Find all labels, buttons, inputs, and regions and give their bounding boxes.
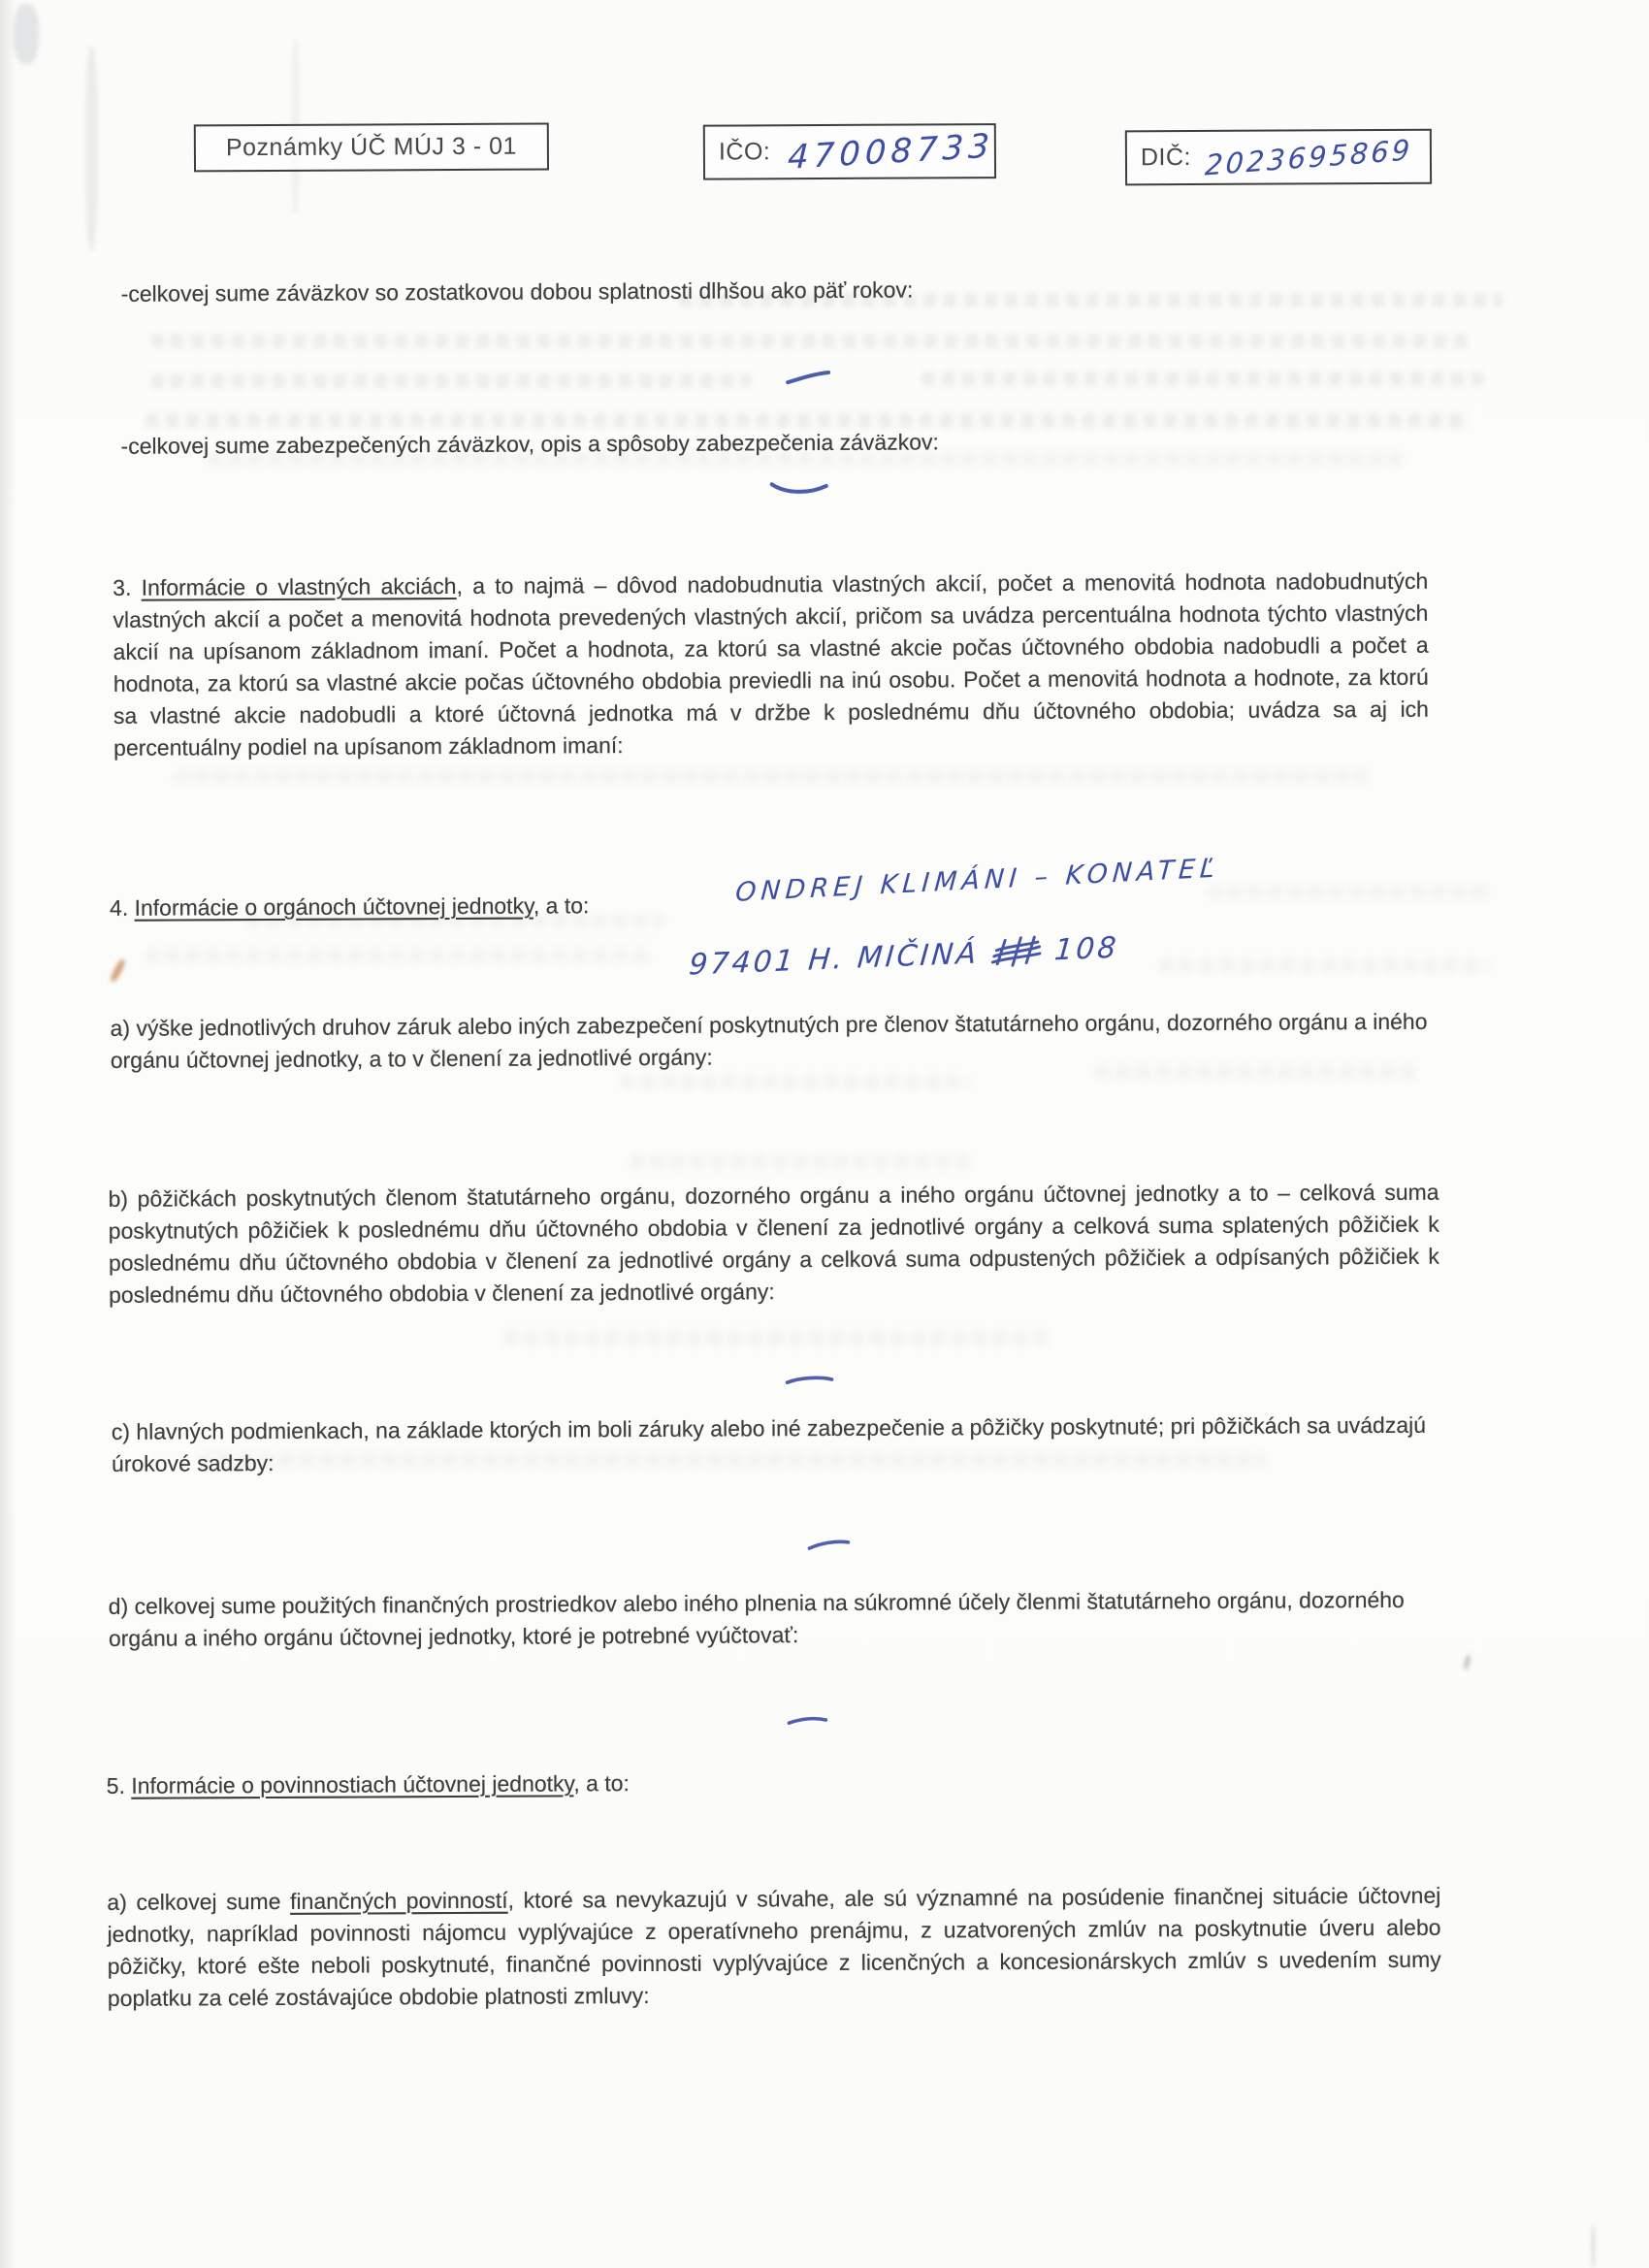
ico-label: IČO:	[719, 138, 771, 166]
paragraph-b-loans: b) pôžičkách poskytnutých členom štatutá…	[108, 1177, 1439, 1312]
section-5-heading: 5. Informácie o povinnostiach účtovnej j…	[107, 1764, 1426, 1802]
paragraph-liabilities-maturity: -celkovej sume záväzkov so zostatkovou d…	[121, 271, 1479, 309]
paragraph-a-financial-obligations: a) celkovej sume finančných povinností, …	[107, 1880, 1441, 2015]
dic-label: DIČ:	[1141, 144, 1191, 172]
section-4-number: 4.	[110, 895, 135, 921]
handwritten-address-entry: 97401 H. MIČINÁ 108	[688, 930, 1120, 983]
section-5-number: 5.	[107, 1773, 132, 1798]
section-4-title: Informácie o orgánoch účtovnej jednotky	[135, 893, 533, 921]
ico-box: IČO: 47008733	[703, 123, 996, 180]
handwritten-dash-mark	[786, 1713, 828, 1731]
section-3-title: Informácie o vlastných akciách	[142, 573, 457, 600]
section-4-suffix: , a to:	[533, 892, 590, 918]
crossed-out-scribble	[989, 933, 1045, 970]
section-3-own-shares: 3. Informácie o vlastných akciách, a to …	[113, 566, 1429, 764]
handwritten-dash-mark	[806, 1537, 851, 1554]
paragraph-d-private-use: d) celkovej sume použitých finančných pr…	[109, 1584, 1459, 1655]
ico-handwritten-value: 47008733	[788, 126, 996, 177]
paragraph-c-conditions: c) hlavných podmienkach, na základe ktor…	[112, 1409, 1462, 1480]
financial-obligations-prefix: a) celkovej sume	[107, 1889, 290, 1915]
handwritten-dash-mark	[785, 1372, 835, 1389]
section-3-number: 3.	[113, 575, 142, 600]
form-title-box: Poznámky ÚČ MÚJ 3 - 01	[194, 122, 549, 172]
scanned-accounting-notes-page: Poznámky ÚČ MÚJ 3 - 01 IČO: 47008733 DIČ…	[0, 0, 1649, 2268]
handwritten-address-part2: 108	[1053, 930, 1120, 967]
paragraph-secured-liabilities: -celkovej sume zabezpečených záväzkov, o…	[120, 423, 1478, 462]
dic-handwritten-value: 2023695869	[1204, 133, 1413, 181]
financial-obligations-underlined: finančných povinností	[290, 1888, 508, 1914]
handwritten-dash-mark	[785, 369, 831, 388]
section-5-suffix: , a to:	[573, 1770, 630, 1796]
form-title: Poznámky ÚČ MÚJ 3 - 01	[226, 133, 517, 163]
handwritten-dash-mark	[769, 479, 829, 499]
handwritten-address-part1: 97401 H. MIČINÁ	[688, 936, 981, 982]
section-5-title: Informácie o povinnostiach účtovnej jedn…	[131, 1770, 573, 1798]
paragraph-a-guarantees: a) výške jednotlivých druhov záruk alebo…	[111, 1006, 1461, 1077]
dic-box: DIČ: 2023695869	[1125, 129, 1432, 186]
